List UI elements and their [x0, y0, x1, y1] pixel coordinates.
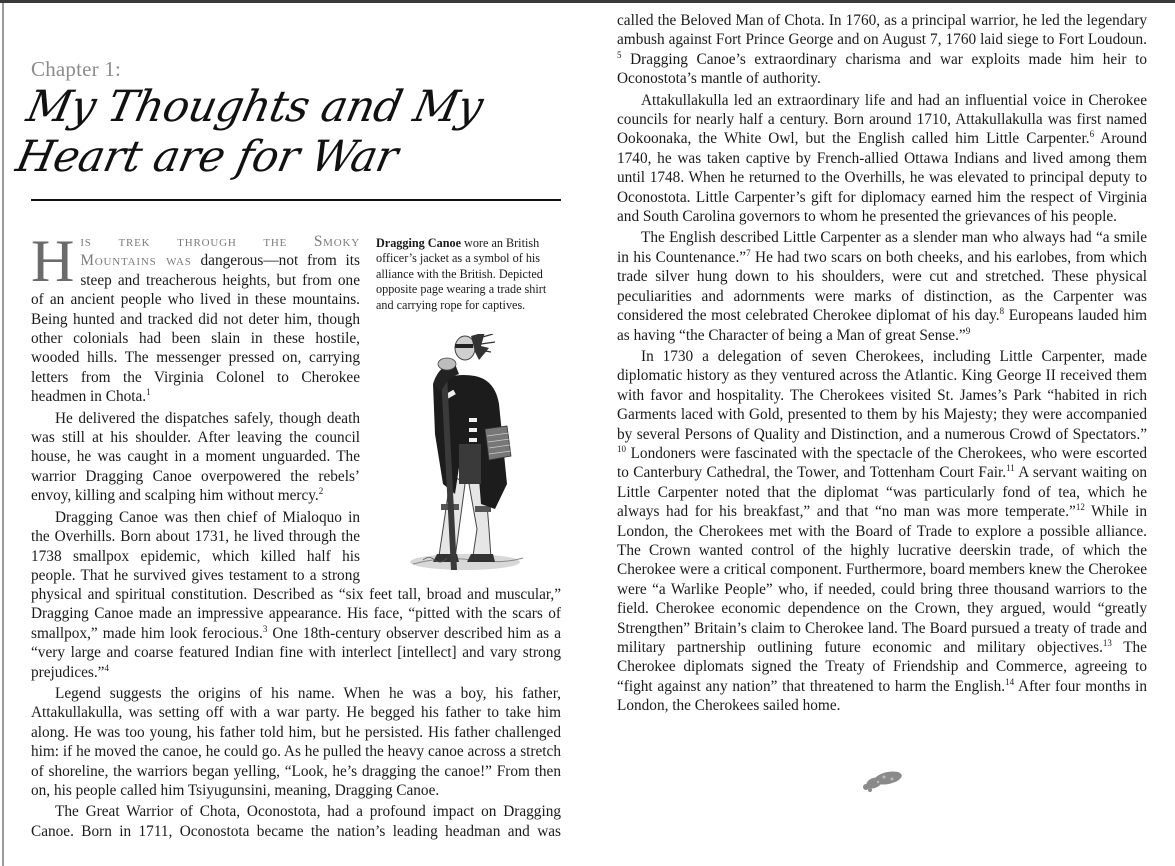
drop-cap: H: [31, 234, 74, 284]
paragraph-text: Attakullakulla led an extraordinary life…: [617, 92, 1147, 148]
right-column: called the Beloved Man of Chota. In 1760…: [617, 11, 1147, 718]
chapter-label: Chapter 1:: [31, 57, 121, 82]
section-end-ornament-icon: [858, 769, 906, 793]
right-body-text: called the Beloved Man of Chota. In 1760…: [617, 11, 1147, 716]
paragraph-text: Dragging Canoe’s extraordinary charisma …: [617, 51, 1147, 87]
opening-paragraph: His trek through the Smoky Mountains was…: [31, 232, 360, 407]
chapter-title: My Thoughts and My Heart are for War: [12, 82, 563, 182]
paragraph: He delivered the dispatches safely, thou…: [31, 409, 360, 506]
paragraph-text: He delivered the dispatches safely, thou…: [31, 410, 360, 505]
paragraph-continuation: physical and spiritual constitution. Des…: [31, 585, 561, 682]
footnote-ref[interactable]: 1: [146, 387, 151, 397]
footnote-ref[interactable]: 12: [1076, 502, 1085, 512]
footnote-ref[interactable]: 10: [617, 444, 626, 454]
footnote-ref[interactable]: 13: [1103, 638, 1112, 648]
paragraph: Attakullakulla led an extraordinary life…: [617, 91, 1147, 227]
paragraph: Dragging Canoe was then chief of Mialoqu…: [31, 508, 360, 586]
left-full-width-column: physical and spiritual constitution. Des…: [31, 585, 561, 843]
paragraph-text: In 1730 a delegation of seven Cherokees,…: [617, 348, 1147, 443]
figure-caption: Dragging Canoe wore an British officer’s…: [376, 236, 561, 313]
opening-text: dangerous—not from its steep and treache…: [31, 252, 360, 405]
left-narrow-column: His trek through the Smoky Mountains was…: [31, 232, 360, 587]
paragraph-text: While in London, the Cherokees met with …: [617, 503, 1147, 656]
paragraph: In 1730 a delegation of seven Cherokees,…: [617, 347, 1147, 716]
footnote-ref[interactable]: 9: [966, 326, 971, 336]
paragraph-text: called the Beloved Man of Chota. In 1760…: [617, 12, 1147, 48]
opening-smallcaps-line1: is trek through the Smoky: [80, 233, 360, 250]
footnote-ref[interactable]: 4: [104, 663, 109, 673]
title-divider: [31, 199, 561, 201]
footnote-ref[interactable]: 14: [1005, 677, 1014, 687]
paragraph: called the Beloved Man of Chota. In 1760…: [617, 11, 1147, 89]
paragraph: Legend suggests the origins of his name.…: [31, 684, 561, 800]
paragraph: The English described Little Carpenter a…: [617, 228, 1147, 344]
paragraph: The Great Warrior of Chota, Oconostota, …: [31, 802, 561, 841]
opening-smallcaps-line2: Mountains was: [80, 252, 191, 269]
caption-subject: Dragging Canoe: [376, 236, 461, 250]
page-left-edge: [2, 3, 4, 866]
footnote-ref[interactable]: 2: [319, 486, 324, 496]
footnote-ref[interactable]: 11: [1006, 463, 1015, 473]
dragging-canoe-illustration: [403, 334, 533, 574]
paragraph-text: Dragging Canoe was then chief of Mialoqu…: [31, 509, 360, 584]
window-top-border: [0, 0, 1175, 3]
